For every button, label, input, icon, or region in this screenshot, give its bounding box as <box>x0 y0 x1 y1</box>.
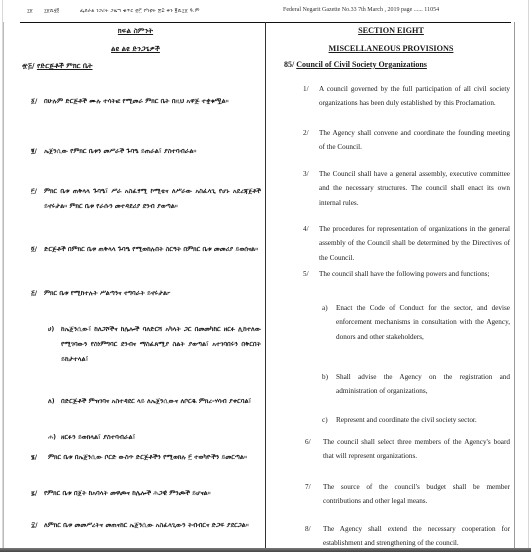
amharic-item-4: ፬/ ድርጅቶች በምክር ቤቱ ጠቅላላ ጉባዔ የሚወከሉበት ስርዓት በ… <box>31 242 261 257</box>
english-subitem-c: c) Represent and coordinate the civil so… <box>322 413 510 427</box>
article-number-amharic: ፹፭/ <box>22 62 35 70</box>
amharic-item-1: ፩/ በሁሉም ድርጅቶች ሙሉ ተሳትፎ የሚመራ ምክር ቤት በዚህ አዋ… <box>31 94 261 109</box>
english-subitem-a: a) Enact the Code of Conduct for the sec… <box>322 301 510 344</box>
amharic-subitem-c: ሐ) ዘርፉን ይወክላል፣ ያስተባብራል፣ <box>48 430 261 445</box>
section-subtitle-amharic: ልዩ ልዩ ድንጋጌዎች <box>8 44 263 54</box>
page-bottom-shadow <box>0 548 531 552</box>
article-title-amharic: የድርጅቶች ምክር ቤት <box>37 62 93 70</box>
section-title-english: SECTION EIGHT <box>270 26 512 35</box>
english-item-1: 1/ A council governed by the full partic… <box>303 82 510 111</box>
article-heading-amharic: ፹፭/ የድርጅቶች ምክር ቤት <box>22 62 93 71</box>
english-item-5: 5/ The council shall have the following … <box>303 267 510 281</box>
page-edge-right <box>528 0 529 552</box>
amharic-subitem-b: ለ) በድርጅቶች ምዝገባና አስተዳደር ላይ ለኤጀንሲውና ለቦርዱ ም… <box>48 394 261 409</box>
gazette-header: ፲፩ ፲፩ሺ፶፬ ፌደራል ነጋሪት ጋዜጣ ቁጥር ፴፫ የካቲት ፳፰ ቀን… <box>0 0 531 20</box>
amharic-item-3: ፫/ ምክር ቤቱ ጠቅላላ ጉባዔ፣ ሥራ አስፈፃሚ ኮሚቴና ለሥራው አ… <box>31 184 261 214</box>
english-item-3: 3/ The Council shall have a general asse… <box>303 167 510 210</box>
issue-number-amharic: ፲፩ሺ፶፬ <box>44 8 59 14</box>
column-divider <box>265 22 266 548</box>
section-title-amharic: ክፍል ስምንት <box>8 26 263 36</box>
gazette-title-english: Federal Negarit Gazette No.33 7th March … <box>283 7 439 13</box>
english-item-4: 4/ The procedures for representation of … <box>303 222 510 265</box>
english-subitem-b: b) Shall advise the Agency on the regist… <box>322 370 510 399</box>
english-item-7: 7/ The source of the council's budget sh… <box>305 480 510 509</box>
amharic-item-6: ፮/ ምክር ቤቱ በኤጀንሲው ቦርድ ውስጥ ድርጅቶችን የሚወክሉ ፫ … <box>31 450 261 465</box>
amharic-item-7: ፯/ የምክር ቤቱ በጀት ከአባላት መዋጮና ከሌሎች ሕጋዊ ምንጮች … <box>31 486 261 501</box>
english-item-8: 8/ The Agency shall extend the necessary… <box>305 522 510 551</box>
article-number-english: 85/ <box>284 60 294 69</box>
amharic-item-2: ፪/ ኤጀንሲው የምክር ቤቱን መሥራች ጉባዔ ይጠራል፣ ያስተባብራል… <box>31 144 261 159</box>
english-item-6: 6/ The council shall select three member… <box>305 435 510 464</box>
page-number-amharic: ፲፩ <box>27 8 33 14</box>
article-title-english: Council of Civil Society Organizations <box>296 60 427 69</box>
amharic-subitem-a: ሀ) ከኤጀንሲው፣ ከለጋሾችና ከሌሎች ባለድርሻ አካላት ጋር በመመ… <box>48 322 261 367</box>
right-border <box>514 22 515 548</box>
english-item-2: 2/ The Agency shall convene and coordina… <box>303 126 510 155</box>
gazette-title-amharic: ፌደራል ነጋሪት ጋዜጣ ቁጥር ፴፫ የካቲት ፳፰ ቀን ፪ሺ፲፩ ዓ.ም <box>80 8 200 14</box>
left-border <box>3 22 4 548</box>
amharic-item-5: ፭/ ምክር ቤቱ የሚከተሉት ሥልጣንና ተግባራት ይኖሩታል፦ <box>31 286 261 301</box>
article-heading-english: 85/ Council of Civil Society Organizatio… <box>284 60 427 69</box>
section-subtitle-english: MISCELLANEOUS PROVISIONS <box>270 44 512 53</box>
amharic-item-8: ፰/ ለምክር ቤቱ መመሥረትና መጠናከር ኤጀንሲው አስፈላጊውን ትብ… <box>31 518 261 533</box>
